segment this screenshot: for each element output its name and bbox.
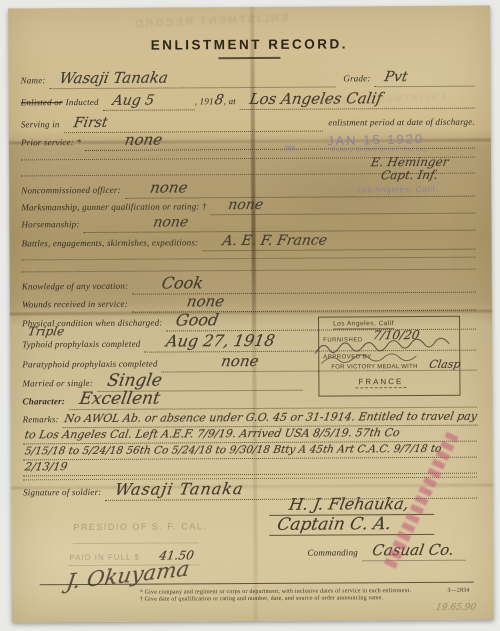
inducted-date-field: Aug 5 [103, 91, 195, 111]
name-value: Wasaji Tanaka [48, 70, 169, 86]
typhoid-label: Typhoid prophylaxis completed [22, 339, 140, 350]
pencil-note: 19.65.90 [425, 604, 477, 613]
typhoid-value: Aug 27, 1918 [143, 333, 276, 350]
officer-rank-value: Captain C. A. [268, 516, 393, 534]
battles-label: Battles, engagements, skirmishes, expedi… [22, 237, 199, 248]
wounds-value: none [131, 294, 226, 310]
enlisted-or-label-struck: Enlisted or [21, 97, 63, 107]
wounds-label: Wounds received in service: [22, 299, 128, 310]
approved-by-label: APPROVED BY [323, 354, 372, 360]
serving-in-label: Serving in [21, 119, 60, 129]
horsemanship-value: none [82, 215, 189, 230]
date-stamp: JAN 15 1920 [327, 131, 424, 148]
victory-medal-stamp-box: Los Angeles, Calif FURNISHED 7/10/20 APP… [318, 316, 460, 397]
marksmanship-label: Marksmanship, gunner qualification or ra… [21, 201, 206, 212]
document-title: ENLISTMENT RECORD. [8, 36, 490, 54]
commanding-value: Casual Co. [361, 543, 455, 559]
signature-of-soldier-label: Signature of soldier: [23, 487, 101, 497]
stamp-rule [73, 541, 198, 544]
furnished-label: FURNISHED [323, 337, 363, 343]
enlistment-record-document: ENLISTMENT RECORD. ENLISTMENT RECORD. EN… [8, 6, 494, 623]
officer-signature-value: H. J. Flehauka, [268, 496, 410, 513]
bleed-through-text: ENLISTMENT RECORD. [128, 12, 288, 31]
enlistment-period-label: enlistment period at date of discharge. [328, 117, 475, 128]
inducted-label: Inducted [66, 97, 99, 107]
france-clasp-label: FRANCE [355, 377, 406, 388]
grade-field: Pvt [375, 68, 475, 88]
blank-rule [22, 268, 476, 273]
noncommissioned-officer-value: none [123, 180, 188, 195]
remarks-line2-value: to Los Angeles Cal. Left A.E.F. 7/9/19. … [22, 427, 401, 440]
clasp-value: Clasp [418, 359, 461, 370]
footnote-2: † Give date of qualification or rating a… [140, 595, 440, 605]
inducted-date-value: Aug 5 [102, 94, 156, 108]
horsemanship-label: Horsemanship: [21, 219, 79, 229]
paratyphoid-value: none [160, 354, 260, 370]
victory-officer-signature: E. Heminger [360, 156, 449, 169]
form-number: 3—2834 [447, 588, 469, 596]
victory-button-stamp: Victory Button issued this day [331, 147, 428, 154]
commanding-label: Commanding [307, 547, 358, 557]
married-or-single-label: Married or single: [22, 378, 93, 388]
furnished-date-value: 7/10/20 [362, 329, 420, 341]
married-or-single-value: Single [96, 373, 163, 390]
small-stamp-mark: ▮▮▮ [285, 145, 295, 152]
prior-service-value: none [84, 133, 164, 148]
marksmanship-value: none [210, 198, 265, 212]
prior-service-label: Prior service: * [21, 137, 81, 147]
place-field: Los Angeles Calif [240, 90, 475, 110]
serving-in-value: First [62, 116, 108, 130]
horsemanship-field: none [83, 212, 475, 233]
noncommissioned-officer-label: Noncommissioned officer: [21, 185, 121, 196]
character-label: Character: [22, 396, 65, 406]
soldier-signature-value: Wasaji Tanaka [104, 481, 245, 498]
place-value: Los Angeles Calif [239, 91, 384, 107]
battles-value: A. E. F. France [201, 234, 328, 249]
year-printed: , 191 [195, 96, 214, 106]
scan-background: ENLISTMENT RECORD. ENLISTMENT RECORD. EN… [0, 0, 500, 631]
paratyphoid-label: Paratyphoid prophylaxis completed [22, 359, 157, 370]
vocation-label: Knowledge of any vocation: [22, 281, 128, 292]
name-label: Name: [21, 75, 46, 85]
paid-in-full-stamp: PAID IN FULL $ [69, 553, 140, 562]
commanding-field: Casual Co. [362, 542, 466, 562]
title-rule [218, 57, 280, 59]
presidio-stamp: PRESIDIO OF S. F. CAL. [73, 521, 207, 532]
blank-rule [22, 256, 476, 261]
at-printed: , at [224, 96, 236, 106]
grade-label: Grade: [343, 73, 370, 83]
victory-officer-rank: Capt. Inf. [370, 169, 439, 181]
vocation-value: Cook [131, 275, 205, 291]
triple-annotation: Triple [17, 325, 65, 337]
character-value: Excellent [68, 391, 161, 409]
remarks-line4: 2/13/19 [23, 455, 477, 477]
remarks-label: Remarks: [23, 414, 59, 424]
los-angeles-stamp: Los Angeles, Calif. [357, 185, 439, 194]
grade-value: Pvt [373, 70, 408, 84]
physical-condition-value: Good [165, 312, 220, 328]
remarks-line4-value: 2/13/19 [22, 461, 68, 472]
for-victory-medal-label: FOR VICTORY MEDAL WITH [331, 364, 417, 371]
name-field: Wasaji Tanaka [50, 68, 336, 89]
battles-field: A. E. F. France [202, 231, 475, 252]
